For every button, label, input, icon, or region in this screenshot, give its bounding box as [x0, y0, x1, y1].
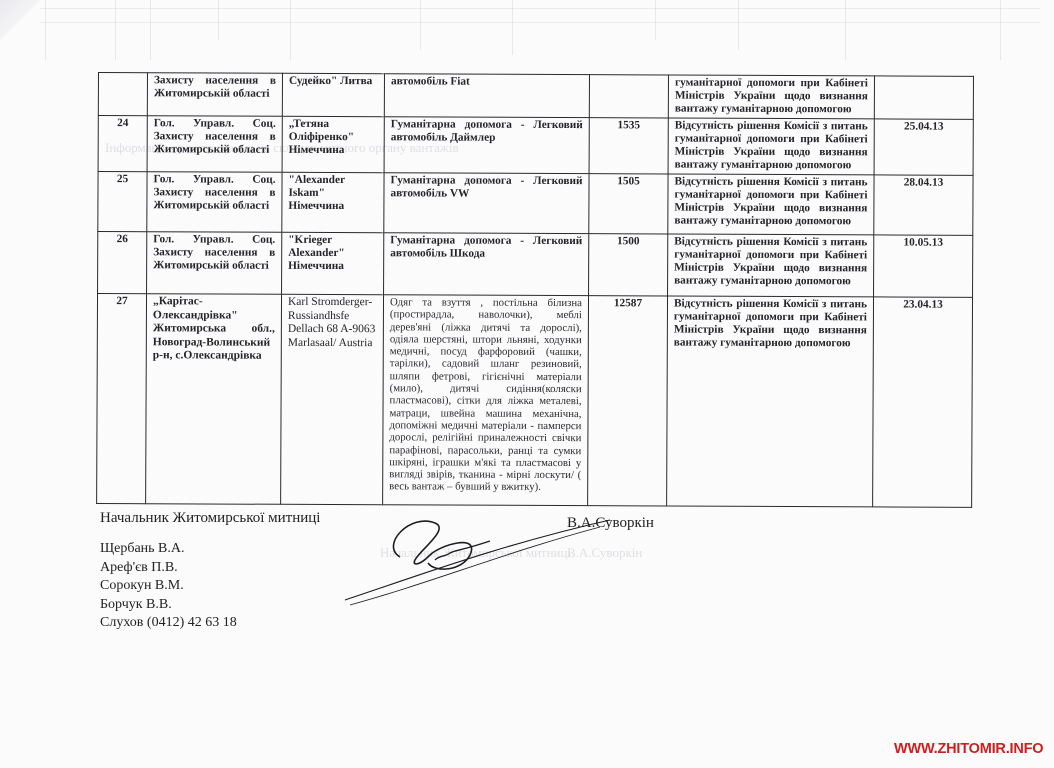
table-row: 24 Гол. Управл. Соц. Захисту населення в… [98, 116, 973, 176]
sender: Судейко" Литва [282, 73, 384, 116]
date: 25.04.13 [874, 119, 973, 175]
detention-reason: Відсутність рішення Комісії з питань гум… [668, 174, 874, 235]
sender: "Alexander Iskam" Німеччина [282, 172, 384, 232]
staff-name: Сорокун В.М. [100, 577, 320, 596]
recipient-org: Гол. Управл. Соц. Захисту населення в Жи… [147, 172, 282, 233]
recipient-org: „Карітас-Олександрівка" Житомирська обл.… [146, 294, 282, 505]
weight: 1500 [589, 234, 668, 296]
sender: Karl Stromderger-Russiandhsfe Dellach 68… [281, 294, 384, 504]
weight: 12587 [588, 296, 668, 506]
goods-description: Гуманітарна допомога - Легковий автомобі… [384, 173, 589, 234]
table-row: 25 Гол. Управл. Соц. Захисту населення в… [98, 172, 973, 236]
date: 28.04.13 [874, 175, 973, 235]
recipient-org: Захисту населення в Житомирській області [147, 73, 282, 117]
row-number: 24 [98, 116, 147, 172]
sender: „Тетяна Оліфіренко" Німеччина [282, 116, 384, 172]
footer-block: Начальник Житомирської митниці Щербань В… [100, 510, 320, 633]
recipient-org: Гол. Управл. Соц. Захисту населення в Жи… [147, 116, 282, 173]
date: 10.05.13 [874, 235, 973, 297]
detention-reason: Відсутність рішення Комісії з питань гум… [668, 118, 874, 175]
goods-description: Гуманітарна допомога - Легковий автомобі… [384, 117, 589, 174]
staff-name: Борчук В.В. [100, 596, 320, 615]
head-title: Начальник Житомирської митниці [100, 510, 320, 527]
recipient-org: Гол. Управл. Соц. Захисту населення в Жи… [147, 232, 282, 295]
detention-reason: Відсутність рішення Комісії з питань гум… [668, 234, 874, 297]
detention-reason: Відсутність рішення Комісії з питань гум… [667, 296, 874, 507]
row-number [98, 73, 147, 116]
table-row: 27 „Карітас-Олександрівка" Житомирська о… [97, 294, 973, 508]
row-number: 27 [97, 294, 147, 504]
detention-reason: гуманітарної допомоги при Кабінеті Мініс… [668, 75, 874, 119]
goods-description: автомобіль Fiat [384, 74, 589, 118]
table-row: 26 Гол. Управл. Соц. Захисту населення в… [98, 232, 973, 298]
signer-name: В.А.Суворкін [567, 515, 654, 532]
row-number: 26 [98, 232, 147, 294]
staff-name: Щербань В.А. [100, 540, 320, 559]
weight: 1505 [589, 174, 668, 234]
staff-name: Ареф'єв П.В. [100, 559, 320, 578]
goods-description: Гуманітарна допомога - Легковий автомобі… [384, 233, 589, 296]
goods-description: Одяг та взуття , постільна білизна (прос… [383, 295, 589, 506]
date: 23.04.13 [873, 297, 973, 507]
page-fold [0, 0, 40, 60]
detained-cargo-table: Захисту населення в Житомирській області… [96, 72, 974, 508]
date [874, 76, 973, 119]
staff-contact: Слухов (0412) 42 63 18 [100, 614, 320, 633]
weight: 1535 [589, 118, 668, 174]
weight [589, 75, 668, 118]
sender: "Krieger Alexander" Німеччина [282, 232, 384, 294]
staff-list: Щербань В.А. Ареф'єв П.В. Сорокун В.М. Б… [100, 540, 320, 633]
site-watermark: WWW.ZHITOMIR.INFO [894, 741, 1043, 757]
row-number: 25 [98, 172, 147, 232]
table-row: Захисту населення в Житомирській області… [98, 73, 973, 120]
